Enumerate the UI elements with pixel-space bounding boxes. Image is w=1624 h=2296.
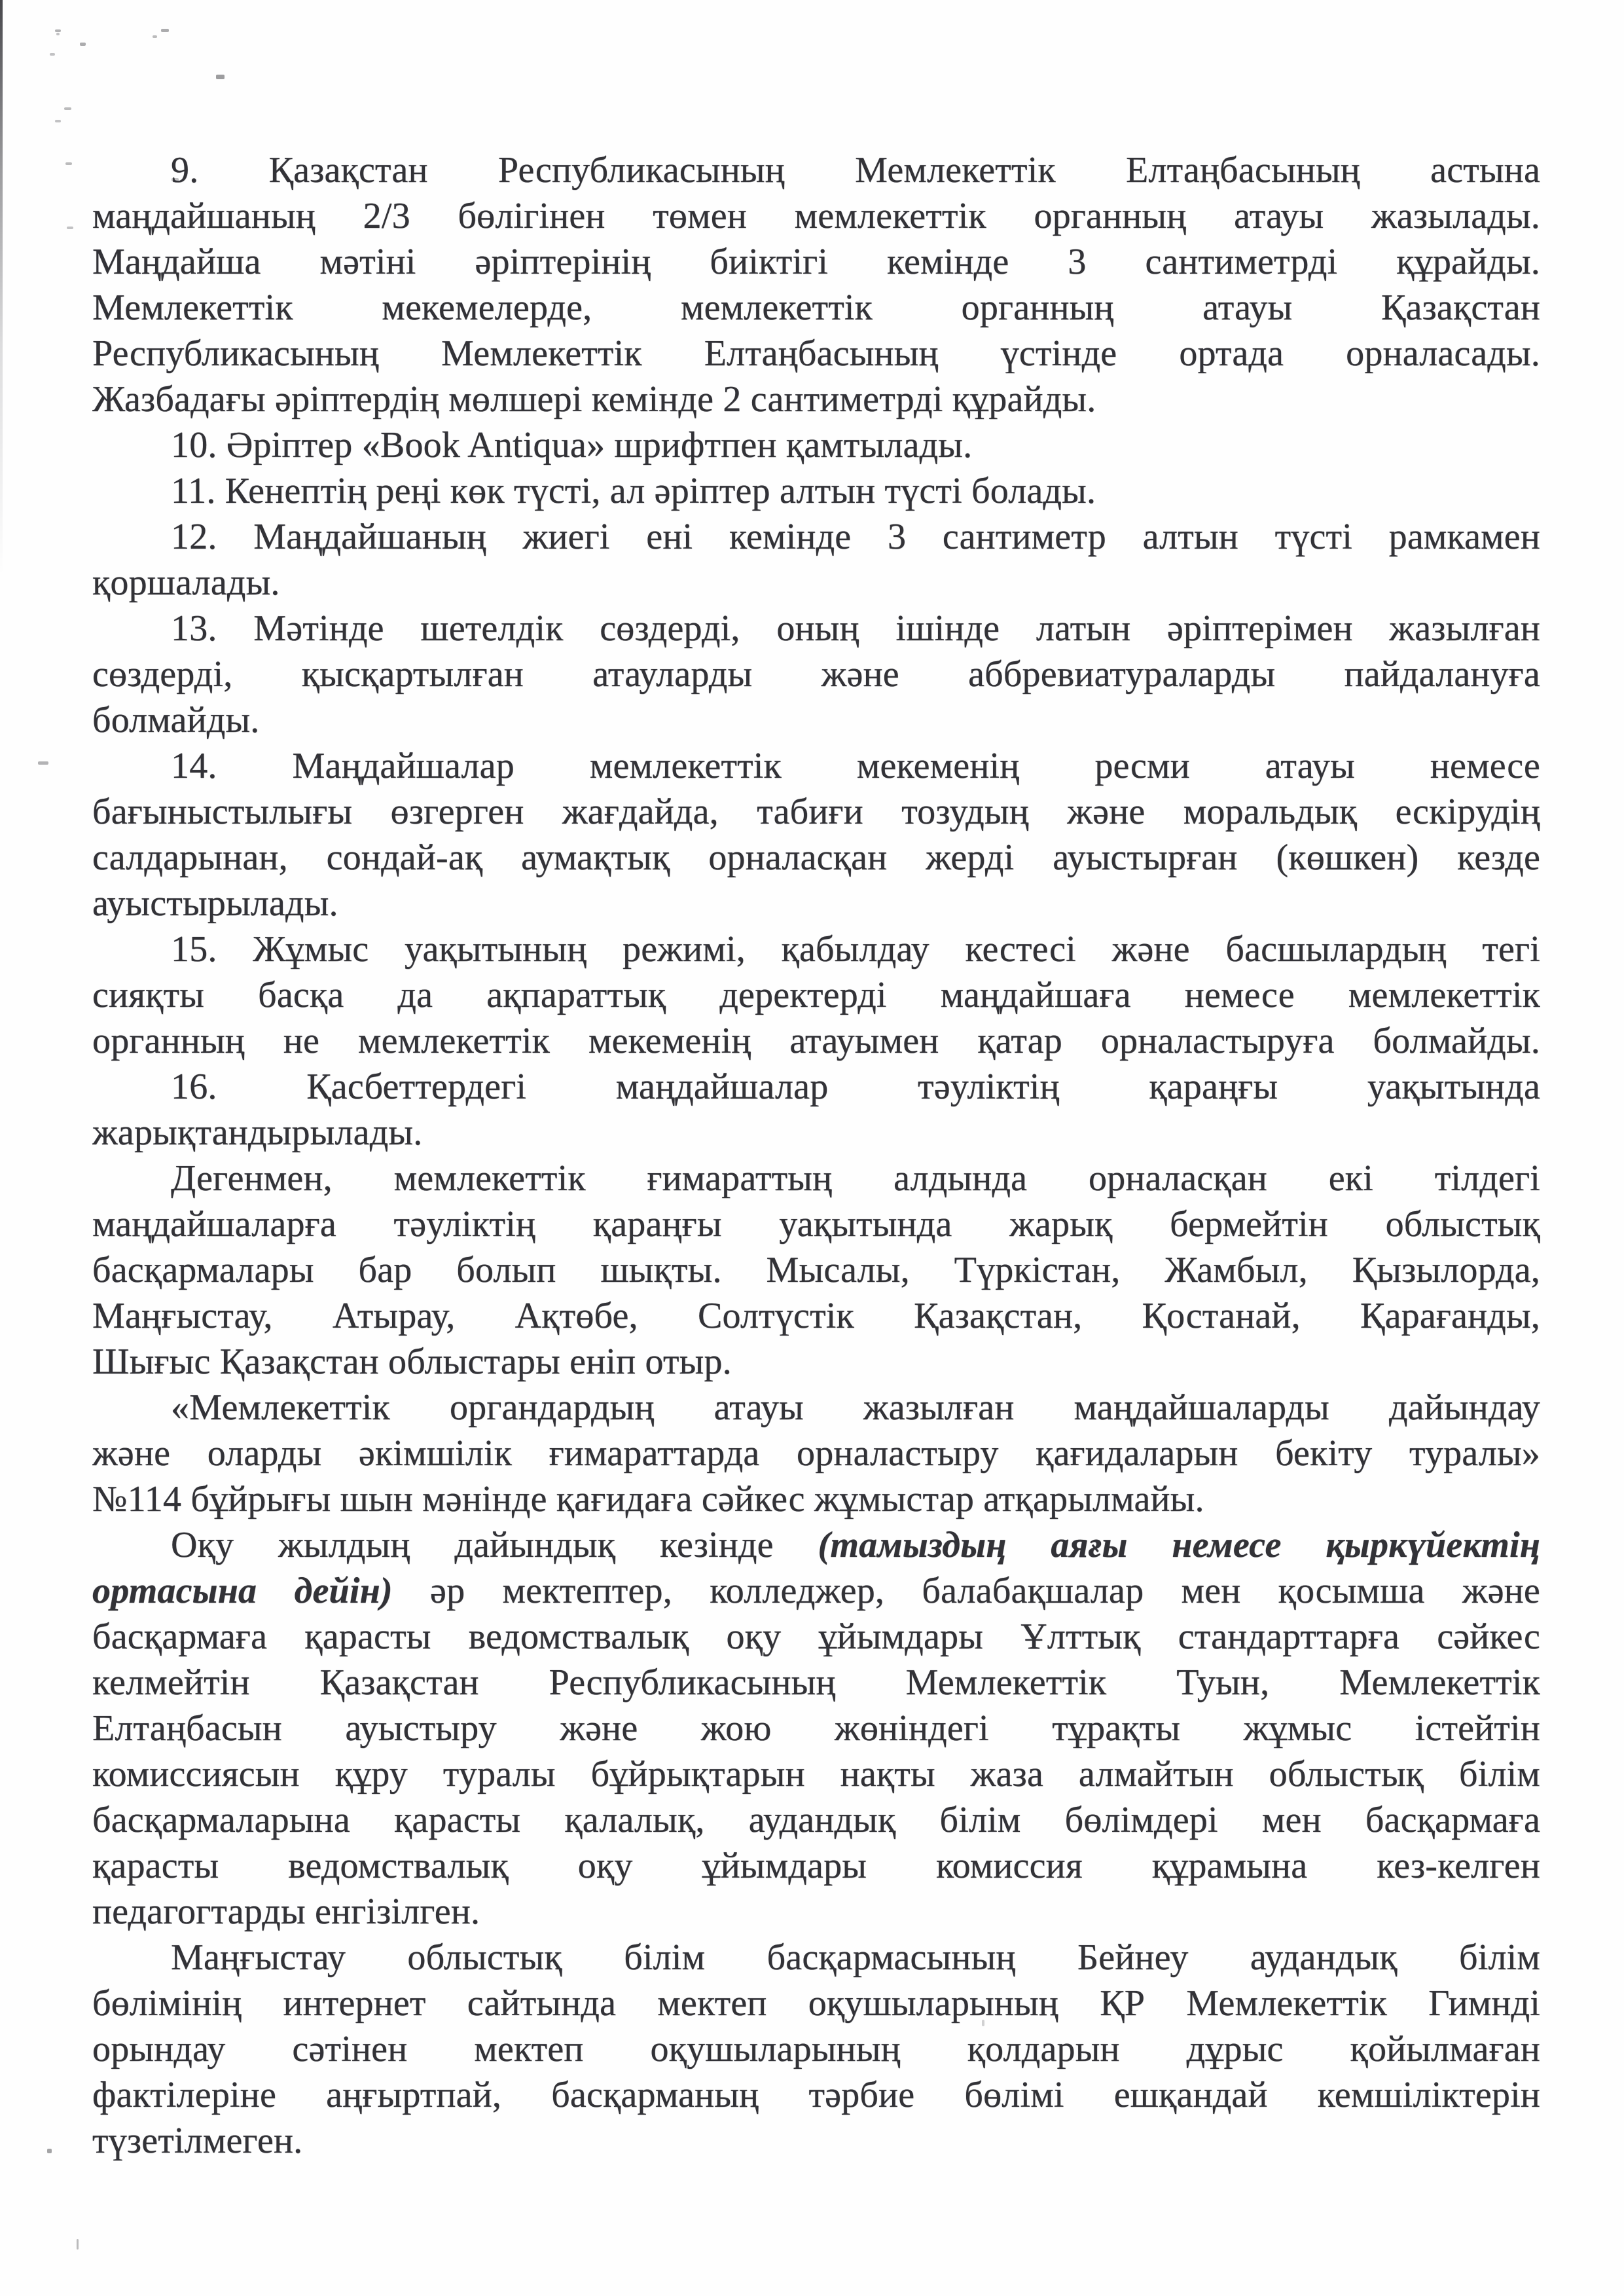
text-segment: басқармалары бар болып шықты. Мысалы, Тү… — [92, 1250, 1540, 1290]
text-line: органның не мемлекеттік мекеменің атауым… — [92, 1018, 1540, 1064]
text-line: Оқу жылдың дайындық кезінде (тамыздың ая… — [92, 1522, 1540, 1568]
text-segment: және оларды әкімшілік ғимараттарда орнал… — [92, 1433, 1540, 1474]
text-line: басқармалары бар болып шықты. Мысалы, Тү… — [92, 1247, 1540, 1293]
text-segment: Маңғыстау, Атырау, Ақтөбе, Солтүстік Қаз… — [92, 1296, 1540, 1336]
text-line: қарасты ведомствалық оқу ұйымдары комисс… — [92, 1843, 1540, 1889]
text-line: Маңдайша мәтіні әріптерінің биіктігі кем… — [92, 239, 1540, 285]
text-segment: Мемлекеттік мекемелерде, мемлекеттік орг… — [92, 287, 1540, 328]
text-segment: түзетілмеген. — [92, 2121, 302, 2161]
text-segment: 12. Маңдайшаның жиегі ені кемінде 3 сант… — [171, 517, 1540, 557]
text-segment: 9. Қазақстан Республикасының Мемлекеттік… — [171, 150, 1540, 191]
scan-speck — [55, 120, 61, 122]
text-segment: маңдайшаларға тәуліктің қараңғы уақытынд… — [92, 1204, 1540, 1245]
text-line: Шығыс Қазақстан облыстары еніп отыр. — [92, 1339, 1540, 1385]
text-line: Республикасының Мемлекеттік Елтаңбасының… — [92, 331, 1540, 376]
text-segment: Елтаңбасын ауыстыру және жою жөніндегі т… — [92, 1708, 1540, 1749]
text-segment: фактілеріне аңғыртпай, басқарманың тәрби… — [92, 2075, 1540, 2115]
text-line: маңдайшаларға тәуліктің қараңғы уақытынд… — [92, 1201, 1540, 1247]
text-line: 11. Кенептің реңі көк түсті, ал әріптер … — [92, 468, 1540, 514]
text-line: маңдайшаның 2/3 бөлігінен төмен мемлекет… — [92, 193, 1540, 239]
text-segment: қоршалады. — [92, 562, 280, 603]
text-line: 9. Қазақстан Республикасының Мемлекеттік… — [92, 147, 1540, 193]
scan-speck — [80, 43, 86, 46]
text-segment: 14. Маңдайшалар мемлекеттік мекеменің ре… — [171, 746, 1540, 786]
text-segment: Маңғыстау облыстық білім басқармасының Б… — [171, 1937, 1540, 1978]
text-segment: Жазбадағы әріптердің мөлшері кемінде 2 с… — [92, 379, 1096, 420]
text-line: Дегенмен, мемлекеттік ғимараттың алдында… — [92, 1156, 1540, 1201]
text-line: 14. Маңдайшалар мемлекеттік мекеменің ре… — [92, 743, 1540, 789]
scan-speck — [47, 2149, 52, 2153]
text-segment: 15. Жұмыс уақытының режимі, қабылдау кес… — [171, 929, 1540, 970]
text-line: сөздерді, қысқартылған атауларды және аб… — [92, 651, 1540, 697]
text-line: 16. Қасбеттердегі маңдайшалар тәуліктің … — [92, 1064, 1540, 1110]
text-segment: органның не мемлекеттік мекеменің атауым… — [92, 1021, 1540, 1061]
emphasized-text-segment: (тамыздың аяғы немесе қыркүйектің — [818, 1525, 1540, 1565]
text-line: орындау сәтінен мектеп оқушыларының қолд… — [92, 2026, 1540, 2072]
text-line: ауыстырылады. — [92, 881, 1540, 926]
text-line: басқармаға қарасты ведомствалық оқу ұйым… — [92, 1614, 1540, 1660]
text-line: комиссиясын құру туралы бұйрықтарын нақт… — [92, 1751, 1540, 1797]
text-segment: 13. Мәтінде шетелдік сөздерді, оның ішін… — [171, 608, 1540, 649]
text-segment: қарасты ведомствалық оқу ұйымдары комисс… — [92, 1846, 1540, 1886]
document-body: 9. Қазақстан Республикасының Мемлекеттік… — [92, 147, 1540, 2164]
text-segment: 16. Қасбеттердегі маңдайшалар тәуліктің … — [171, 1066, 1540, 1107]
text-segment: Оқу жылдың дайындық кезінде — [171, 1525, 818, 1565]
scan-speck — [161, 29, 169, 32]
text-segment: Дегенмен, мемлекеттік ғимараттың алдында… — [171, 1158, 1540, 1199]
text-segment: әр мектептер, колледжер, балабақшалар ме… — [393, 1571, 1540, 1611]
text-line: Маңғыстау облыстық білім басқармасының Б… — [92, 1935, 1540, 1980]
text-segment: сөздерді, қысқартылған атауларды және аб… — [92, 654, 1540, 695]
scan-speck — [65, 162, 72, 165]
text-segment: бағыныстылығы өзгерген жағдайда, табиғи … — [92, 792, 1540, 832]
text-line: №114 бұйрығы шын мәнінде қағидаға сәйкес… — [92, 1476, 1540, 1522]
text-line: Елтаңбасын ауыстыру және жою жөніндегі т… — [92, 1705, 1540, 1751]
text-line: «Мемлекеттік органдардың атауы жазылған … — [92, 1385, 1540, 1430]
text-segment: басқармаға қарасты ведомствалық оқу ұйым… — [92, 1616, 1540, 1657]
text-segment: басқармаларына қарасты қалалық, аудандық… — [92, 1800, 1540, 1840]
text-segment: №114 бұйрығы шын мәнінде қағидаға сәйкес… — [92, 1479, 1204, 1520]
text-line: Мемлекеттік мекемелерде, мемлекеттік орг… — [92, 285, 1540, 331]
text-line: 15. Жұмыс уақытының режимі, қабылдау кес… — [92, 926, 1540, 972]
scan-speck — [55, 29, 61, 32]
text-segment: 11. Кенептің реңі көк түсті, ал әріптер … — [171, 471, 1096, 511]
text-segment: комиссиясын құру туралы бұйрықтарын нақт… — [92, 1754, 1540, 1795]
text-line: фактілеріне аңғыртпай, басқарманың тәрби… — [92, 2072, 1540, 2118]
text-line: түзетілмеген. — [92, 2118, 1540, 2164]
text-segment: «Мемлекеттік органдардың атауы жазылған … — [171, 1387, 1540, 1428]
text-segment: орындау сәтінен мектеп оқушыларының қолд… — [92, 2029, 1540, 2069]
text-segment: болмайды. — [92, 700, 260, 740]
text-segment: педагогтарды енгізілген. — [92, 1891, 480, 1932]
text-segment: ауыстырылады. — [92, 883, 338, 924]
text-line: Маңғыстау, Атырау, Ақтөбе, Солтүстік Қаз… — [92, 1293, 1540, 1339]
scan-speck — [50, 53, 55, 56]
text-line: сияқты басқа да ақпараттық деректерді ма… — [92, 972, 1540, 1018]
text-segment: Республикасының Мемлекеттік Елтаңбасының… — [92, 333, 1540, 374]
text-segment: жарықтандырылады. — [92, 1112, 422, 1153]
emphasized-text-segment: ортасына дейін) — [92, 1571, 393, 1611]
scan-speck — [64, 107, 71, 110]
scan-speck — [38, 761, 48, 765]
text-segment: бөлімінің интернет сайтында мектеп оқушы… — [92, 1983, 1540, 2024]
scan-speck — [153, 35, 157, 38]
text-segment: келмейтін Қазақстан Республикасының Мемл… — [92, 1662, 1540, 1703]
text-line: басқармаларына қарасты қалалық, аудандық… — [92, 1797, 1540, 1843]
text-line: болмайды. — [92, 697, 1540, 743]
text-segment: салдарынан, сондай-ақ аумақтық орналасқа… — [92, 837, 1540, 878]
text-segment: 10. Әріптер «Book Antiqua» шрифтпен қамт… — [171, 425, 972, 465]
text-line: қоршалады. — [92, 560, 1540, 606]
text-line: 13. Мәтінде шетелдік сөздерді, оның ішін… — [92, 606, 1540, 651]
text-line: және оларды әкімшілік ғимараттарда орнал… — [92, 1430, 1540, 1476]
text-line: ортасына дейін) әр мектептер, колледжер,… — [92, 1568, 1540, 1614]
text-line: жарықтандырылады. — [92, 1110, 1540, 1156]
scan-speck — [216, 75, 225, 79]
text-line: бағыныстылығы өзгерген жағдайда, табиғи … — [92, 789, 1540, 835]
text-line: бөлімінің интернет сайтында мектеп оқушы… — [92, 1980, 1540, 2026]
scan-speck — [77, 2239, 79, 2250]
text-segment: маңдайшаның 2/3 бөлігінен төмен мемлекет… — [92, 196, 1540, 236]
text-segment: сияқты басқа да ақпараттық деректерді ма… — [92, 975, 1540, 1015]
scan-speck — [67, 227, 73, 229]
text-segment: Маңдайша мәтіні әріптерінің биіктігі кем… — [92, 242, 1540, 282]
scan-speck — [56, 33, 60, 35]
scanned-document-page: 9. Қазақстан Республикасының Мемлекеттік… — [0, 0, 1624, 2296]
text-line: 10. Әріптер «Book Antiqua» шрифтпен қамт… — [92, 422, 1540, 468]
text-line: 12. Маңдайшаның жиегі ені кемінде 3 сант… — [92, 514, 1540, 560]
scan-edge-artifact — [0, 0, 3, 576]
text-line: Жазбадағы әріптердің мөлшері кемінде 2 с… — [92, 376, 1540, 422]
text-line: келмейтін Қазақстан Республикасының Мемл… — [92, 1660, 1540, 1705]
text-line: педагогтарды енгізілген. — [92, 1889, 1540, 1935]
text-segment: Шығыс Қазақстан облыстары еніп отыр. — [92, 1341, 732, 1382]
text-line: салдарынан, сондай-ақ аумақтық орналасқа… — [92, 835, 1540, 881]
